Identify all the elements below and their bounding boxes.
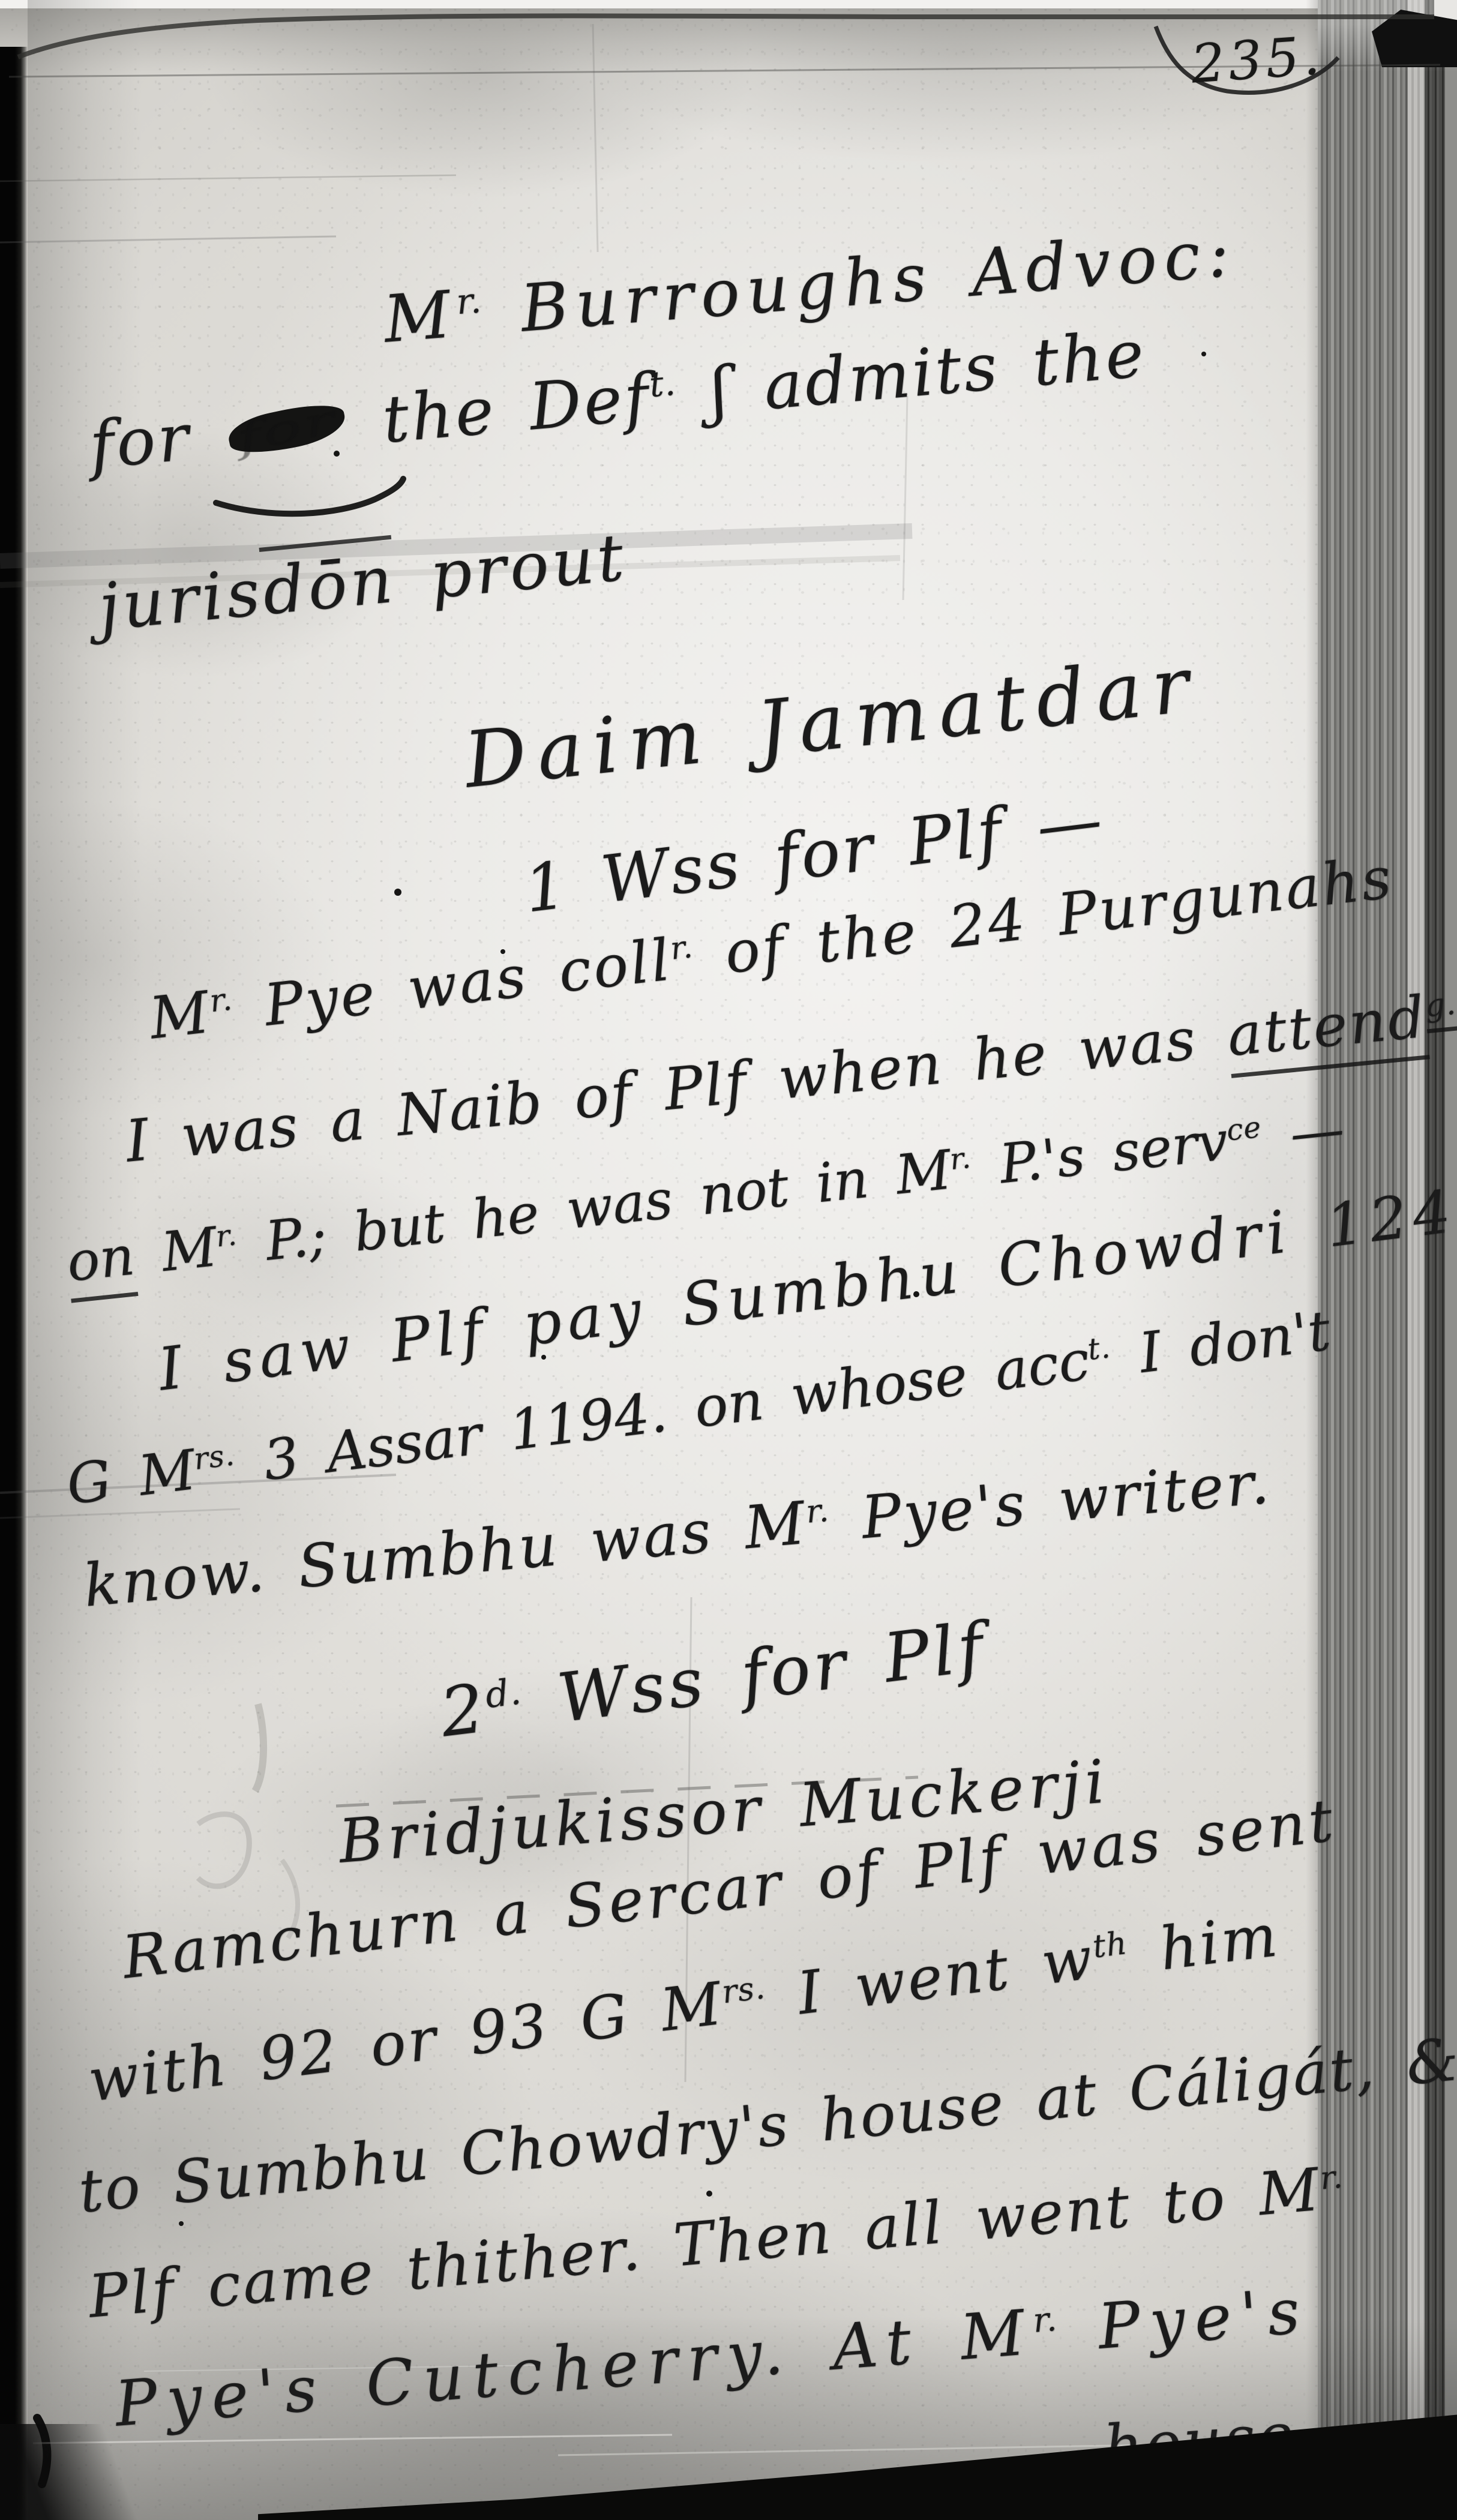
ms-segment: juris [95, 555, 266, 646]
page-number: 235. [1189, 24, 1326, 95]
fore-edge-dark-band [1425, 0, 1445, 2520]
bottom-left-corner-shadow [0, 2424, 156, 2520]
ink-speck-8 [1201, 352, 1206, 356]
ms-segment: M [131, 1216, 220, 1287]
ms-line-advocate-note-3: jurisdōn prout [96, 526, 630, 641]
ms-segment: ʃ admits the [673, 316, 1149, 432]
ghost-ink-mark-2 [198, 1814, 249, 1886]
fore-edge-outer-strip [1445, 0, 1457, 2520]
ms-segment: r. [1318, 2159, 1344, 2197]
ms-segment: on [64, 1225, 138, 1303]
ms-segment: Wss for Plf [518, 1608, 991, 1742]
ghost-ink-mark-1 [255, 1704, 263, 1791]
ms-segment: I went w [762, 1924, 1098, 2032]
ms-segment: know. Sumbhu was M [81, 1489, 810, 1621]
page-top-edge [0, 0, 1457, 8]
book-gutter-left-edge [0, 47, 28, 2520]
ms-segment: Daim Jamatdar [460, 640, 1204, 806]
ms-segment: P.'s serv [969, 1109, 1231, 1199]
ms-line-witness2-subheading: 2d. Wss for Plf [437, 1613, 990, 1747]
ink-speck-7 [179, 2221, 184, 2226]
ms-segment: M [146, 979, 215, 1052]
ms-segment: r. [1032, 2300, 1059, 2341]
fore-edge-light-gap [1408, 0, 1425, 2520]
ms-segment: him [1124, 1901, 1283, 1988]
ms-segment: I don't [1108, 1298, 1334, 1389]
manuscript-page-photo: 235. Mr. Burroughs Advoc: for for the De… [0, 0, 1457, 2520]
ink-speck-2 [394, 889, 401, 896]
ms-segment: M [381, 277, 460, 358]
ms-segment: — [1259, 1097, 1347, 1169]
ms-segment: ce [1225, 1111, 1263, 1148]
ms-segment: dōn [259, 535, 399, 630]
ms-segment: with 92 or 93 G M [85, 1970, 727, 2116]
ms-segment: th [1091, 1925, 1129, 1966]
ink-speck-6 [706, 2191, 712, 2197]
ms-segment: g. [1423, 986, 1457, 1034]
ms-segment: t. [647, 362, 677, 406]
ms-segment: prout [392, 520, 630, 617]
ms-segment: Pye's writer. [827, 1448, 1274, 1555]
vertical-crease-3 [903, 396, 907, 600]
ms-segment: r. [805, 1492, 831, 1531]
ms-line-witness1-name: Daim Jamatdar [461, 646, 1203, 800]
ms-segment: r. [948, 1141, 973, 1177]
ms-segment: d. [483, 1670, 524, 1717]
ink-strikeout-tail [216, 479, 403, 514]
ms-segment: Pye was coll [230, 926, 676, 1042]
ms-segment: rs. [192, 1437, 237, 1477]
ms-segment: r. [455, 280, 483, 322]
ms-segment: rs. [720, 1969, 768, 2011]
ms-segment: the Def [346, 360, 653, 461]
ms-segment: for [225, 398, 349, 460]
ms-line-advocate-note-2: for for the Deft. ʃ admits the [87, 322, 1149, 479]
ms-segment: for [87, 397, 228, 484]
